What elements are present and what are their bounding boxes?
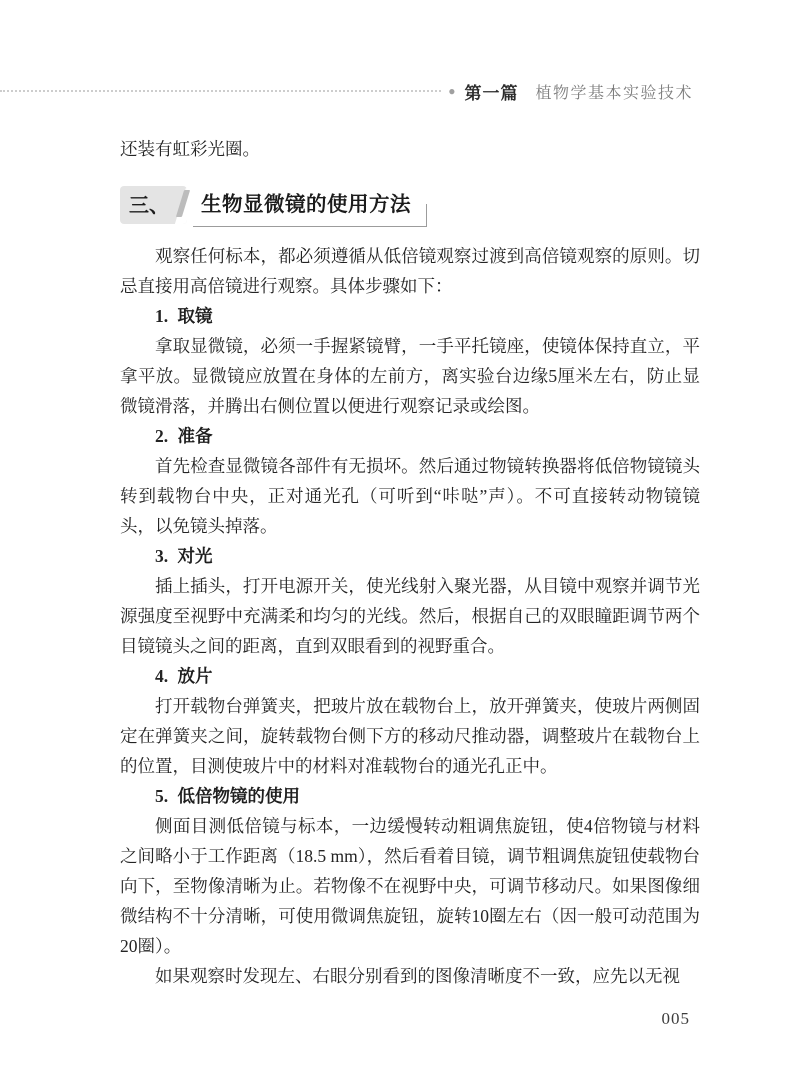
step-paragraph: 如果观察时发现左、右眼分别看到的图像清晰度不一致，应先以无视 xyxy=(120,961,700,991)
page-number: 005 xyxy=(662,1009,691,1029)
step-number: 1. xyxy=(155,306,168,326)
step-heading-1: 1. 取镜 xyxy=(120,301,700,331)
header-part-label: 第一篇 xyxy=(464,79,518,104)
step-heading-3: 3. 对光 xyxy=(120,541,700,571)
step-number: 5. xyxy=(155,786,168,806)
step-paragraph: 打开载物台弹簧夹，把玻片放在载物台上，放开弹簧夹，使玻片两侧固定在弹簧夹之间，旋… xyxy=(120,691,700,781)
page-header: ● 第一篇 植物学基本实验技术 xyxy=(0,80,693,102)
step-paragraph: 拿取显微镜，必须一手握紧镜臂，一手平托镜座，使镜体保持直立，平拿平放。显微镜应放… xyxy=(120,331,700,421)
header-bullet-icon: ● xyxy=(448,85,455,97)
step-heading-5: 5. 低倍物镜的使用 xyxy=(120,781,700,811)
step-name: 低倍物镜的使用 xyxy=(178,786,301,806)
continuation-paragraph: 还装有虹彩光圈。 xyxy=(120,134,700,164)
step-paragraph: 首先检查显微镜各部件有无损坏。然后通过物镜转换器将低倍物镜镜头转到载物台中央，正… xyxy=(120,451,700,541)
header-part-title: 植物学基本实验技术 xyxy=(535,80,693,103)
lead-paragraph: 观察任何标本，都必须遵循从低倍镜观察过渡到高倍镜观察的原则。切忌直接用高倍镜进行… xyxy=(120,241,700,301)
step-name: 对光 xyxy=(178,546,213,566)
step-number: 3. xyxy=(155,546,168,566)
section-heading: 三、 生物显微镜的使用方法 xyxy=(120,185,700,229)
book-page: ● 第一篇 植物学基本实验技术 还装有虹彩光圈。 三、 生物显微镜的使用方法 观… xyxy=(0,0,799,1091)
section-number-badge: 三、 xyxy=(120,186,187,224)
step-heading-2: 2. 准备 xyxy=(120,421,700,451)
step-paragraph: 插上插头，打开电源开关，使光线射入聚光器，从目镜中观察并调节光源强度至视野中充满… xyxy=(120,571,700,661)
step-heading-4: 4. 放片 xyxy=(120,661,700,691)
page-body: 还装有虹彩光圈。 三、 生物显微镜的使用方法 观察任何标本，都必须遵循从低倍镜观… xyxy=(120,134,700,991)
header-dotted-rule xyxy=(0,90,441,92)
section-title: 生物显微镜的使用方法 xyxy=(193,185,427,227)
step-number: 2. xyxy=(155,426,168,446)
step-name: 放片 xyxy=(178,666,213,686)
step-number: 4. xyxy=(155,666,168,686)
step-name: 准备 xyxy=(178,426,213,446)
step-name: 取镜 xyxy=(178,306,213,326)
step-paragraph: 侧面目测低倍镜与标本，一边缓慢转动粗调焦旋钮，使4倍物镜与材料之间略小于工作距离… xyxy=(120,811,700,961)
